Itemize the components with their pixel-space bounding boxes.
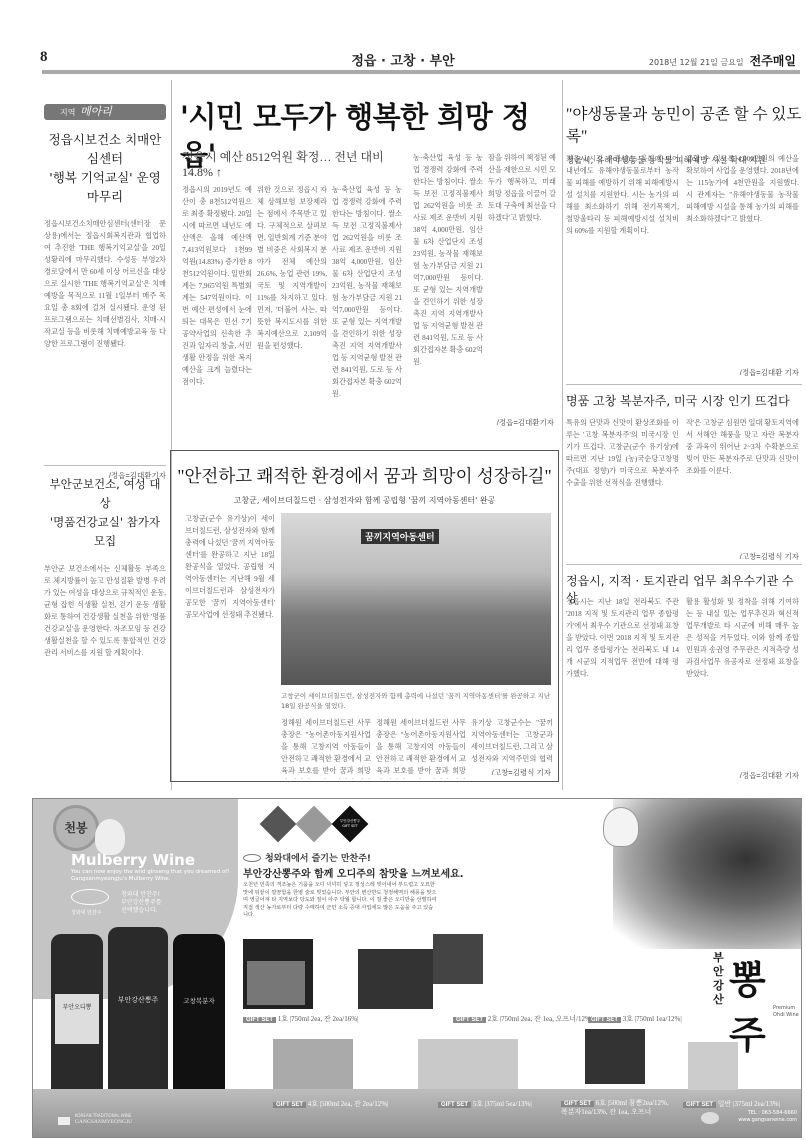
gift-box-1: [243, 939, 313, 1009]
gift-set-5: GIFT SET 5호 |375ml 5ea/13%|: [438, 1099, 532, 1109]
photo-caption: 고창군이 세이브더칠드런, 삼성전자와 함께 총력에 나섰던 '꿈끼 지역아동센…: [281, 691, 551, 711]
center-opening-photo: 꿈끼지역아동센터: [281, 513, 551, 685]
cheongwadae-logo-icon: [71, 889, 109, 905]
headline: "안전하고 쾌적한 환경에서 꿈과 희망이 성장하길": [171, 463, 558, 488]
cheongwadae-text: 청와대 만찬주! 부안강산뽕주를 선택했습니다.: [121, 891, 162, 915]
mulberry-wine-advertisement: 천봉 Mulberry Wine You can now enjoy the w…: [32, 798, 802, 1138]
issue-date: 2018년 12월 21일 금요일: [649, 58, 744, 67]
dateline: 2018년 12월 21일 금요일전주매일: [649, 52, 796, 69]
company-small: KOREAN TRADITIONAL WINE: [75, 1113, 132, 1118]
gift-set-7: GIFT SET 일반 |375ml 2ea/13%|: [683, 1099, 780, 1109]
ad-headline-1: 청와대에서 즐기는 만찬주!: [265, 851, 371, 864]
budget-col-2: 위한 것으로 정읍시 자체 상해보험 보장제라는 점에서 주목받고 있다. 구체…: [257, 184, 327, 444]
byline: /고창=김령식 기자: [471, 767, 551, 778]
contact: TEL : 063-584-6660www.gangsanwine.com: [723, 1110, 797, 1124]
wildlife-col-2: 급할 수 있도록 4,000만원의 예산을 확보하여 사업을 운영했다. 201…: [686, 153, 799, 365]
company-emblem-icon: [701, 1112, 719, 1124]
gift-set-2: GIFT SET 2호 |750ml 2ea, 잔 1ea, 오프너/12%|: [453, 1014, 592, 1024]
brand-badge: 천봉: [53, 805, 99, 851]
headline: 정읍시보건소 치매안심센터 '행복 기억교실' 운영 마무리: [44, 130, 166, 206]
column-tag: 지역 메아리: [44, 104, 166, 120]
bokbunja-col-1: 특유의 단맛과 신맛이 환상조화를 이루는 '고창 복분자주'의 미국시장 인기…: [566, 417, 679, 561]
mulberry-photo: [613, 799, 802, 949]
article-body: 부안군 보건소에서는 신체활동 부족으로 체지방률이 높고 만성질환 발병 우려…: [44, 563, 166, 793]
photo-sign: 꿈끼지역아동센터: [361, 529, 439, 544]
divider: [566, 384, 802, 385]
cadastral-col-1: 정읍시는 지난 18일 전라북도 주관 '2018 지적 및 토지관리 업무 종…: [566, 596, 679, 784]
cheongwadae-label: 청와대 만찬주: [71, 909, 102, 916]
divider: [44, 465, 166, 466]
byline: /정읍=김대환 기자: [686, 770, 799, 781]
gift-set-3: GIFT SET 3호 |750ml 1ea/12%|: [588, 1014, 682, 1024]
headline-bokbunja: 명품 고창 복분자주, 미국 시장 인기 뜨겁다: [566, 392, 802, 409]
gift-set-1: GIFT SET 1호 |750ml 2ea, 잔 2ea/16%|: [243, 1014, 358, 1024]
article-childcare: "안전하고 쾌적한 환경에서 꿈과 희망이 성장하길" 고창군, 세이브더칠드런…: [170, 450, 559, 782]
mulberry-diamond-icon: [260, 806, 297, 843]
mascot-icon: [95, 819, 125, 855]
bokbunja-col-2: 작'은 고창군 심원면 일대 황토지역에서 서해안 해풍을 맞고 자란 복분자 …: [686, 417, 799, 549]
headline: 부안군보건소, 여성 대상 '명품건강교실' 참가자 모집: [44, 475, 166, 551]
company-logo-icon: [58, 1117, 70, 1125]
byline: /정읍=김대환 기자: [686, 367, 799, 378]
header-rule: [42, 70, 800, 74]
budget-col-5: 잠을 위하여 책정된 예산을 제한으로 시민 모두가 행복하고, 미래 희망 정…: [488, 152, 556, 400]
gift-box-6: [585, 1029, 645, 1084]
budget-col-3: 농·축산업 육성 등 농업 경쟁력 강화에 주력한다는 방침이다. 쌀소득 보전…: [332, 184, 402, 444]
divider: [566, 564, 802, 565]
leaf-diamond-icon: [296, 806, 333, 843]
website-link[interactable]: www.gangsanwine.com: [738, 1117, 797, 1123]
brand-big: 뽕주: [729, 949, 801, 1059]
bottom-band: [33, 1089, 802, 1138]
childcare-col-1: 고창군(군수 유기상)이 세이브더칠드런, 삼성전자와 함께 총력에 나섰던 '…: [185, 513, 275, 718]
byline: /고창=김령식 기자: [686, 551, 799, 562]
gift-set-6: GIFT SET 6호 |500ml 참뽕2ea/12%, 복분자1ea/13%…: [561, 1099, 671, 1116]
bottle-3: 고창복분자: [173, 934, 225, 1109]
gift-box-4: [273, 1039, 353, 1089]
ad-description: 오천년 민족의 격조높은 기품을 오디 넉넉히 넣고 정성스레 빚어내어 부드럽…: [243, 882, 438, 920]
mascot-icon: [603, 807, 639, 847]
bottle-1: 부안오디뽕: [51, 934, 103, 1109]
headline: "야생동물과 농민이 공존 할 수 있도록": [566, 102, 802, 146]
ad-title: Mulberry Wine: [71, 851, 195, 869]
gift-set-4: GIFT SET 4호 |500ml 2ea, 잔 2ea/12%|: [273, 1099, 388, 1109]
budget-col-1: 정읍시의 2019년도 예산이 총 8천512억원으로 최종 확정됐다. 20일…: [182, 184, 252, 444]
article-buan-health: 부안군보건소, 여성 대상 '명품건강교실' 참가자 모집 부안군 보건소에서는…: [44, 475, 166, 808]
wildlife-col-1: 정읍시(시장 유진섭)는 올해에 이어 내년에도 유해야생동물로부터 농작물 피…: [566, 153, 679, 381]
gift-box-3: [433, 934, 483, 984]
subheadline: 고창군, 세이브더칠드런 · 삼성전자와 함께 공립형 '꿈끼 지역아동센터' …: [171, 495, 558, 506]
bottle-2: 부안강산뽕주: [108, 927, 168, 1109]
budget-col-4: 농·축산업 육성 등 농업 경쟁력 강화에 주력한다는 방침이다. 쌀소득 보전…: [413, 152, 483, 444]
gift-box-5: [418, 1039, 518, 1089]
childcare-col-2: 정해원 세이브더칠드런 사무총장은 "농어촌아동지원사업을 통해 고창지역 아동…: [281, 717, 371, 779]
premium-label: PremiumOhdi Wine: [773, 1005, 799, 1019]
gift-set-diamond-label: 부안강산뽕주GIFT SET: [333, 819, 367, 829]
article-body: 정읍시보건소치매안심센터(센터장 문상용)에서는 정읍시회복지관과 협업하여 추…: [44, 218, 166, 466]
ad-tagline: You can now enjoy the wild ginseng that …: [71, 869, 229, 883]
gift-box-2: [358, 949, 433, 1009]
article-dementia: 정읍시보건소 치매안심센터 '행복 기억교실' 운영 마무리 정읍시보건소치매안…: [44, 130, 166, 481]
byline: /정읍=김대환기자: [460, 417, 554, 428]
column-divider: [562, 80, 563, 790]
paper-name: 전주매일: [750, 54, 796, 68]
company-name: GANGSANMYEONGJU: [75, 1119, 132, 1125]
childcare-col-3: 정해원 세이브더칠드런 사무총장은 "농어촌아동지원사업을 통해 고창지역 아동…: [376, 717, 466, 779]
brand-vertical: 부안강산: [713, 951, 725, 1007]
subheadline: 정읍시 예산 8512억원 확정… 전년 대비 14.8% ↑: [182, 148, 407, 180]
ad-headline-2: 부안강산뽕주와 함께 오디주의 참맛을 느껴보세요.: [243, 865, 464, 880]
cheongwadae-emblem-icon: [243, 854, 261, 862]
cadastral-col-2: 활용 활성화 및 정착을 위해 기여하는 등 내실 있는 업무추진과 혁신적 업…: [686, 596, 799, 768]
childcare-col-4: 유기상 고창군수는 "꿈끼 지역아동센터는 고창군과 세이브더칠드런, 그리고 …: [471, 717, 553, 765]
